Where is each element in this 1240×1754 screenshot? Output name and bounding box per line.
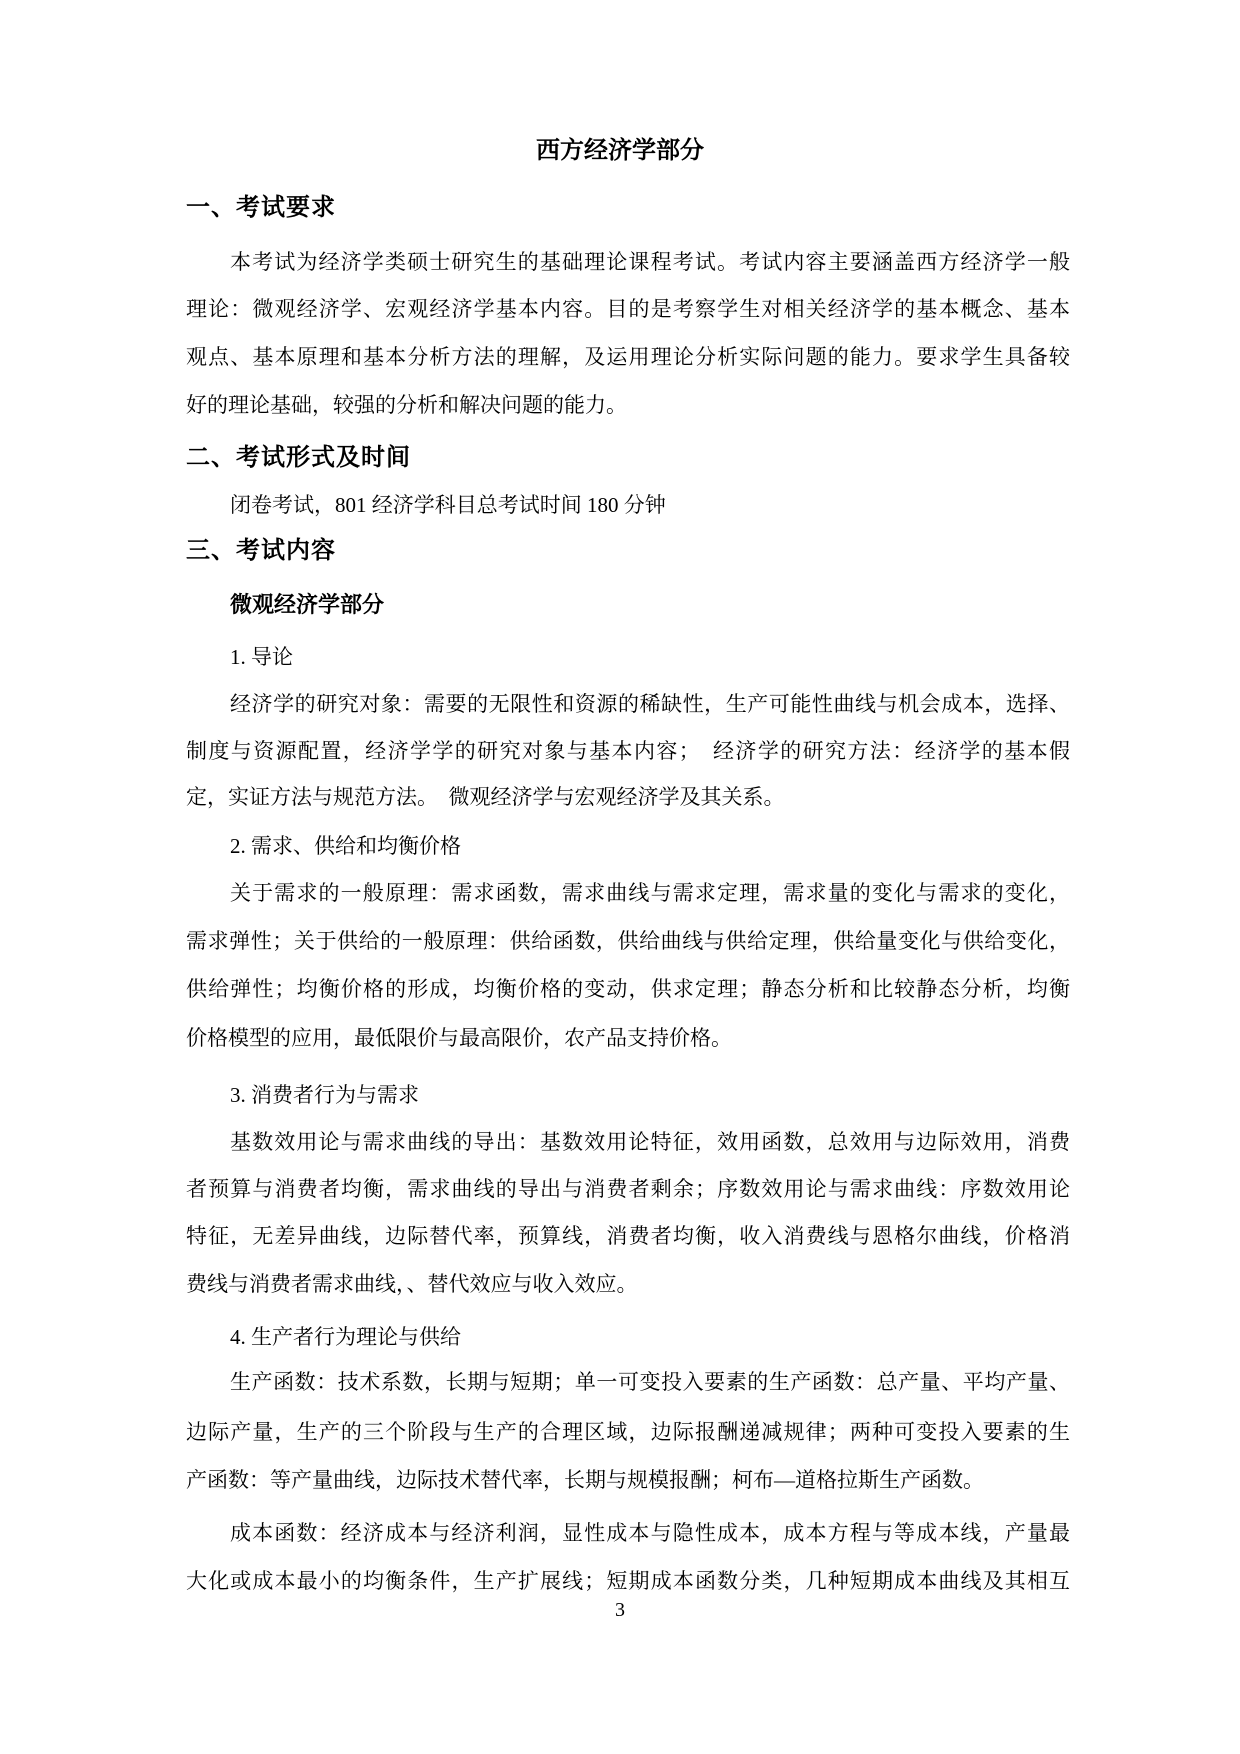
- paragraph-line: 价格模型的应用，最低限价与最高限价，农产品支持价格。: [186, 1023, 1070, 1053]
- topic-item-3: 3. 消费者行为与需求: [186, 1080, 1070, 1110]
- paragraph-line: 观点、基本原理和基本分析方法的理解，及运用理论分析实际问题的能力。要求学生具备较: [186, 342, 1070, 372]
- paragraph-line: 制度与资源配置，经济学学的研究对象与基本内容； 经济学的研究方法：经济学的基本假: [186, 736, 1070, 766]
- paragraph-line: 边际产量，生产的三个阶段与生产的合理区域，边际报酬递减规律；两种可变投入要素的生: [186, 1417, 1070, 1447]
- paragraph-line: 需求弹性；关于供给的一般原理：供给函数，供给曲线与供给定理，供给量变化与供给变化…: [186, 926, 1070, 956]
- exam-format-line: 闭卷考试，801 经济学科目总考试时间 180 分钟: [186, 490, 1070, 520]
- paragraph-line: 经济学的研究对象：需要的无限性和资源的稀缺性，生产可能性曲线与机会成本，选择、: [186, 689, 1070, 719]
- paragraph-line: 关于需求的一般原理：需求函数，需求曲线与需求定理，需求量的变化与需求的变化，: [186, 878, 1070, 908]
- paragraph-line: 本考试为经济学类硕士研究生的基础理论课程考试。考试内容主要涵盖西方经济学一般: [186, 247, 1070, 277]
- topic-item-2: 2. 需求、供给和均衡价格: [186, 831, 1070, 861]
- paragraph-line: 产函数：等产量曲线，边际技术替代率，长期与规模报酬；柯布—道格拉斯生产函数。: [186, 1465, 1070, 1495]
- topic-item-4: 4. 生产者行为理论与供给: [186, 1322, 1070, 1352]
- paragraph-line: 好的理论基础，较强的分析和解决问题的能力。: [186, 390, 1070, 420]
- paragraph-line: 成本函数：经济成本与经济利润，显性成本与隐性成本，成本方程与等成本线，产量最: [186, 1518, 1070, 1548]
- section-heading-2: 二、考试形式及时间: [186, 443, 1070, 473]
- paragraph-line: 生产函数：技术系数，长期与短期；单一可变投入要素的生产函数：总产量、平均产量、: [186, 1367, 1070, 1397]
- section-heading-3: 三、考试内容: [186, 536, 1070, 566]
- topic-item-1: 1. 导论: [186, 642, 1070, 672]
- paragraph-line: 供给弹性；均衡价格的形成，均衡价格的变动，供求定理；静态分析和比较静态分析，均衡: [186, 974, 1070, 1004]
- page-title: 西方经济学部分: [0, 136, 1240, 166]
- paragraph-line: 者预算与消费者均衡，需求曲线的导出与消费者剩余；序数效用论与需求曲线：序数效用论: [186, 1174, 1070, 1204]
- paragraph-line: 特征，无差异曲线，边际替代率，预算线，消费者均衡，收入消费线与恩格尔曲线，价格消: [186, 1221, 1070, 1251]
- section-heading-1: 一、考试要求: [186, 193, 1070, 223]
- subsection-heading-micro: 微观经济学部分: [186, 590, 1070, 620]
- paragraph-line: 基数效用论与需求曲线的导出：基数效用论特征，效用函数，总效用与边际效用，消费: [186, 1127, 1070, 1157]
- page-number: 3: [0, 1595, 1240, 1625]
- paragraph-line: 大化或成本最小的均衡条件，生产扩展线；短期成本函数分类，几种短期成本曲线及其相互: [186, 1566, 1070, 1596]
- paragraph-line: 费线与消费者需求曲线，、替代效应与收入效应。: [186, 1269, 1070, 1299]
- paragraph-line: 理论：微观经济学、宏观经济学基本内容。目的是考察学生对相关经济学的基本概念、基本: [186, 294, 1070, 324]
- document-page: 西方经济学部分 一、考试要求 本考试为经济学类硕士研究生的基础理论课程考试。考试…: [0, 0, 1240, 1754]
- paragraph-line: 定，实证方法与规范方法。 微观经济学与宏观经济学及其关系。: [186, 782, 1070, 812]
